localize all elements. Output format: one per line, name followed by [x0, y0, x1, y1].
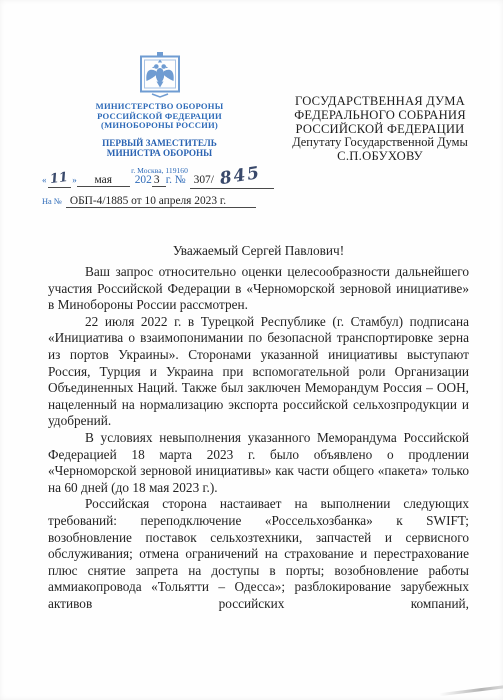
typed-number: 307/ — [194, 174, 214, 186]
reference-block: « 11 » мая 202 3 г. № 307/845 На № ОБП-4… — [42, 168, 274, 208]
scan-artifact — [439, 685, 503, 697]
body-paragraph: Российская сторона настаивает на выполне… — [48, 496, 469, 612]
official-title-line: ПЕРВЫЙ ЗАМЕСТИТЕЛЬ — [52, 138, 267, 148]
ministry-letterhead: МИНИСТЕРСТВО ОБОРОНЫ РОССИЙСКОЙ ФЕДЕРАЦИ… — [52, 50, 267, 175]
body-paragraph: Ваш запрос относительно оценки целесообр… — [48, 264, 469, 314]
letter-body: Уважаемый Сергей Павлович! Ваш запрос от… — [48, 243, 469, 612]
recipient-block: ГОСУДАРСТВЕННАЯ ДУМА ФЕДЕРАЛЬНОГО СОБРАН… — [286, 95, 474, 164]
recipient-name: С.П.ОБУХОВУ — [286, 150, 474, 164]
body-paragraph: В условиях невыполнения указанного Мемор… — [48, 430, 469, 496]
official-title-line: МИНИСТРА ОБОРОНЫ — [52, 148, 267, 158]
year-digit: 3 — [152, 174, 166, 187]
printed-year-prefix: 202 — [135, 174, 152, 186]
official-title: ПЕРВЫЙ ЗАМЕСТИТЕЛЬ МИНИСТРА ОБОРОНЫ — [52, 138, 267, 159]
recipient-org-line: РОССИЙСКОЙ ФЕДЕРАЦИИ — [286, 123, 474, 137]
scanned-letter-page: МИНИСТЕРСТВО ОБОРОНЫ РОССИЙСКОЙ ФЕДЕРАЦИ… — [0, 0, 503, 700]
date-number-row: « 11 » мая 202 3 г. № 307/845 — [42, 168, 274, 189]
handwritten-day: 11 — [49, 170, 69, 187]
outgoing-number-line: 307/845 — [190, 168, 274, 189]
day-fill-line: 11 — [48, 172, 72, 188]
recipient-addressee: Депутату Государственной Думы — [286, 136, 474, 150]
reply-reference-row: На № ОБП-4/1885 от 10 апреля 2023 г. — [42, 195, 274, 208]
month-fill-line: мая — [77, 174, 130, 187]
ministry-name-line: (МИНОБОРОНЫ РОССИИ) — [52, 121, 267, 131]
salutation: Уважаемый Сергей Павлович! — [48, 243, 469, 259]
reply-reference-value: ОБП-4/1885 от 10 апреля 2023 г. — [66, 195, 256, 208]
recipient-org-line: ГОСУДАРСТВЕННАЯ ДУМА — [286, 95, 474, 109]
printed-year-suffix: г. № — [166, 174, 186, 186]
double-headed-eagle-emblem — [137, 50, 183, 98]
recipient-org-line: ФЕДЕРАЛЬНОГО СОБРАНИЯ — [286, 109, 474, 123]
open-quote: « — [42, 175, 47, 185]
body-paragraph: 22 июля 2022 г. в Турецкой Республике (г… — [48, 314, 469, 430]
reply-to-label: На № — [42, 197, 62, 206]
